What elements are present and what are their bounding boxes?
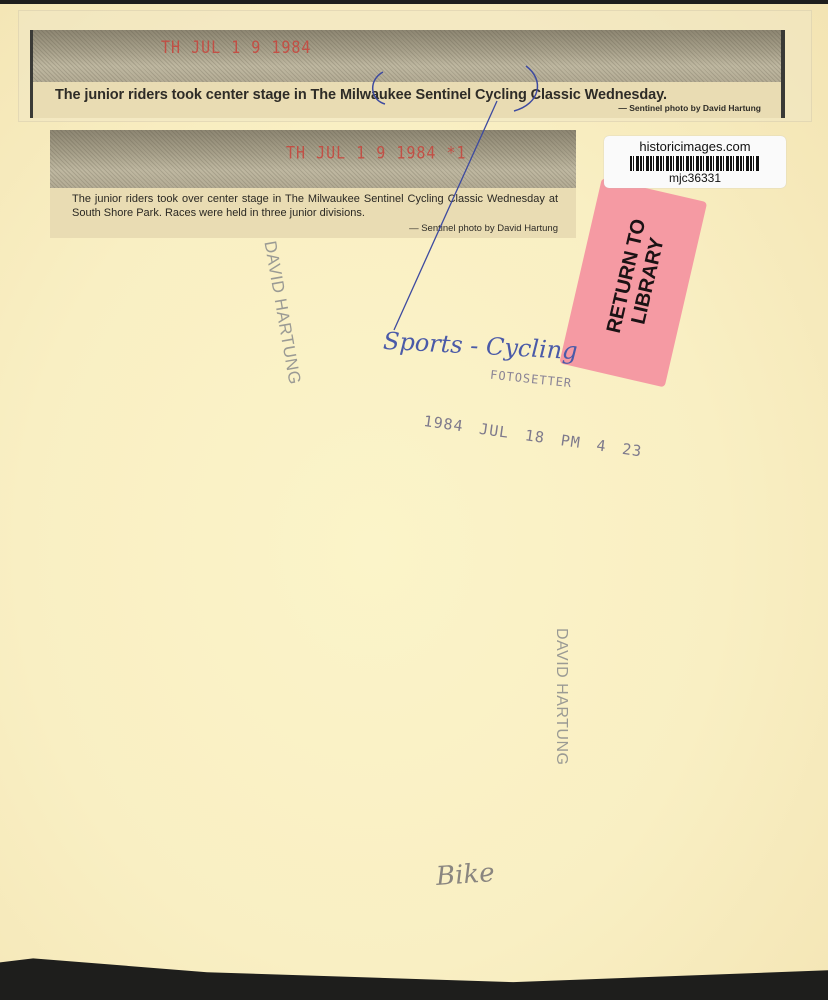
pen-markings-icon [0,0,828,1000]
handwritten-note: Bike [435,858,496,892]
